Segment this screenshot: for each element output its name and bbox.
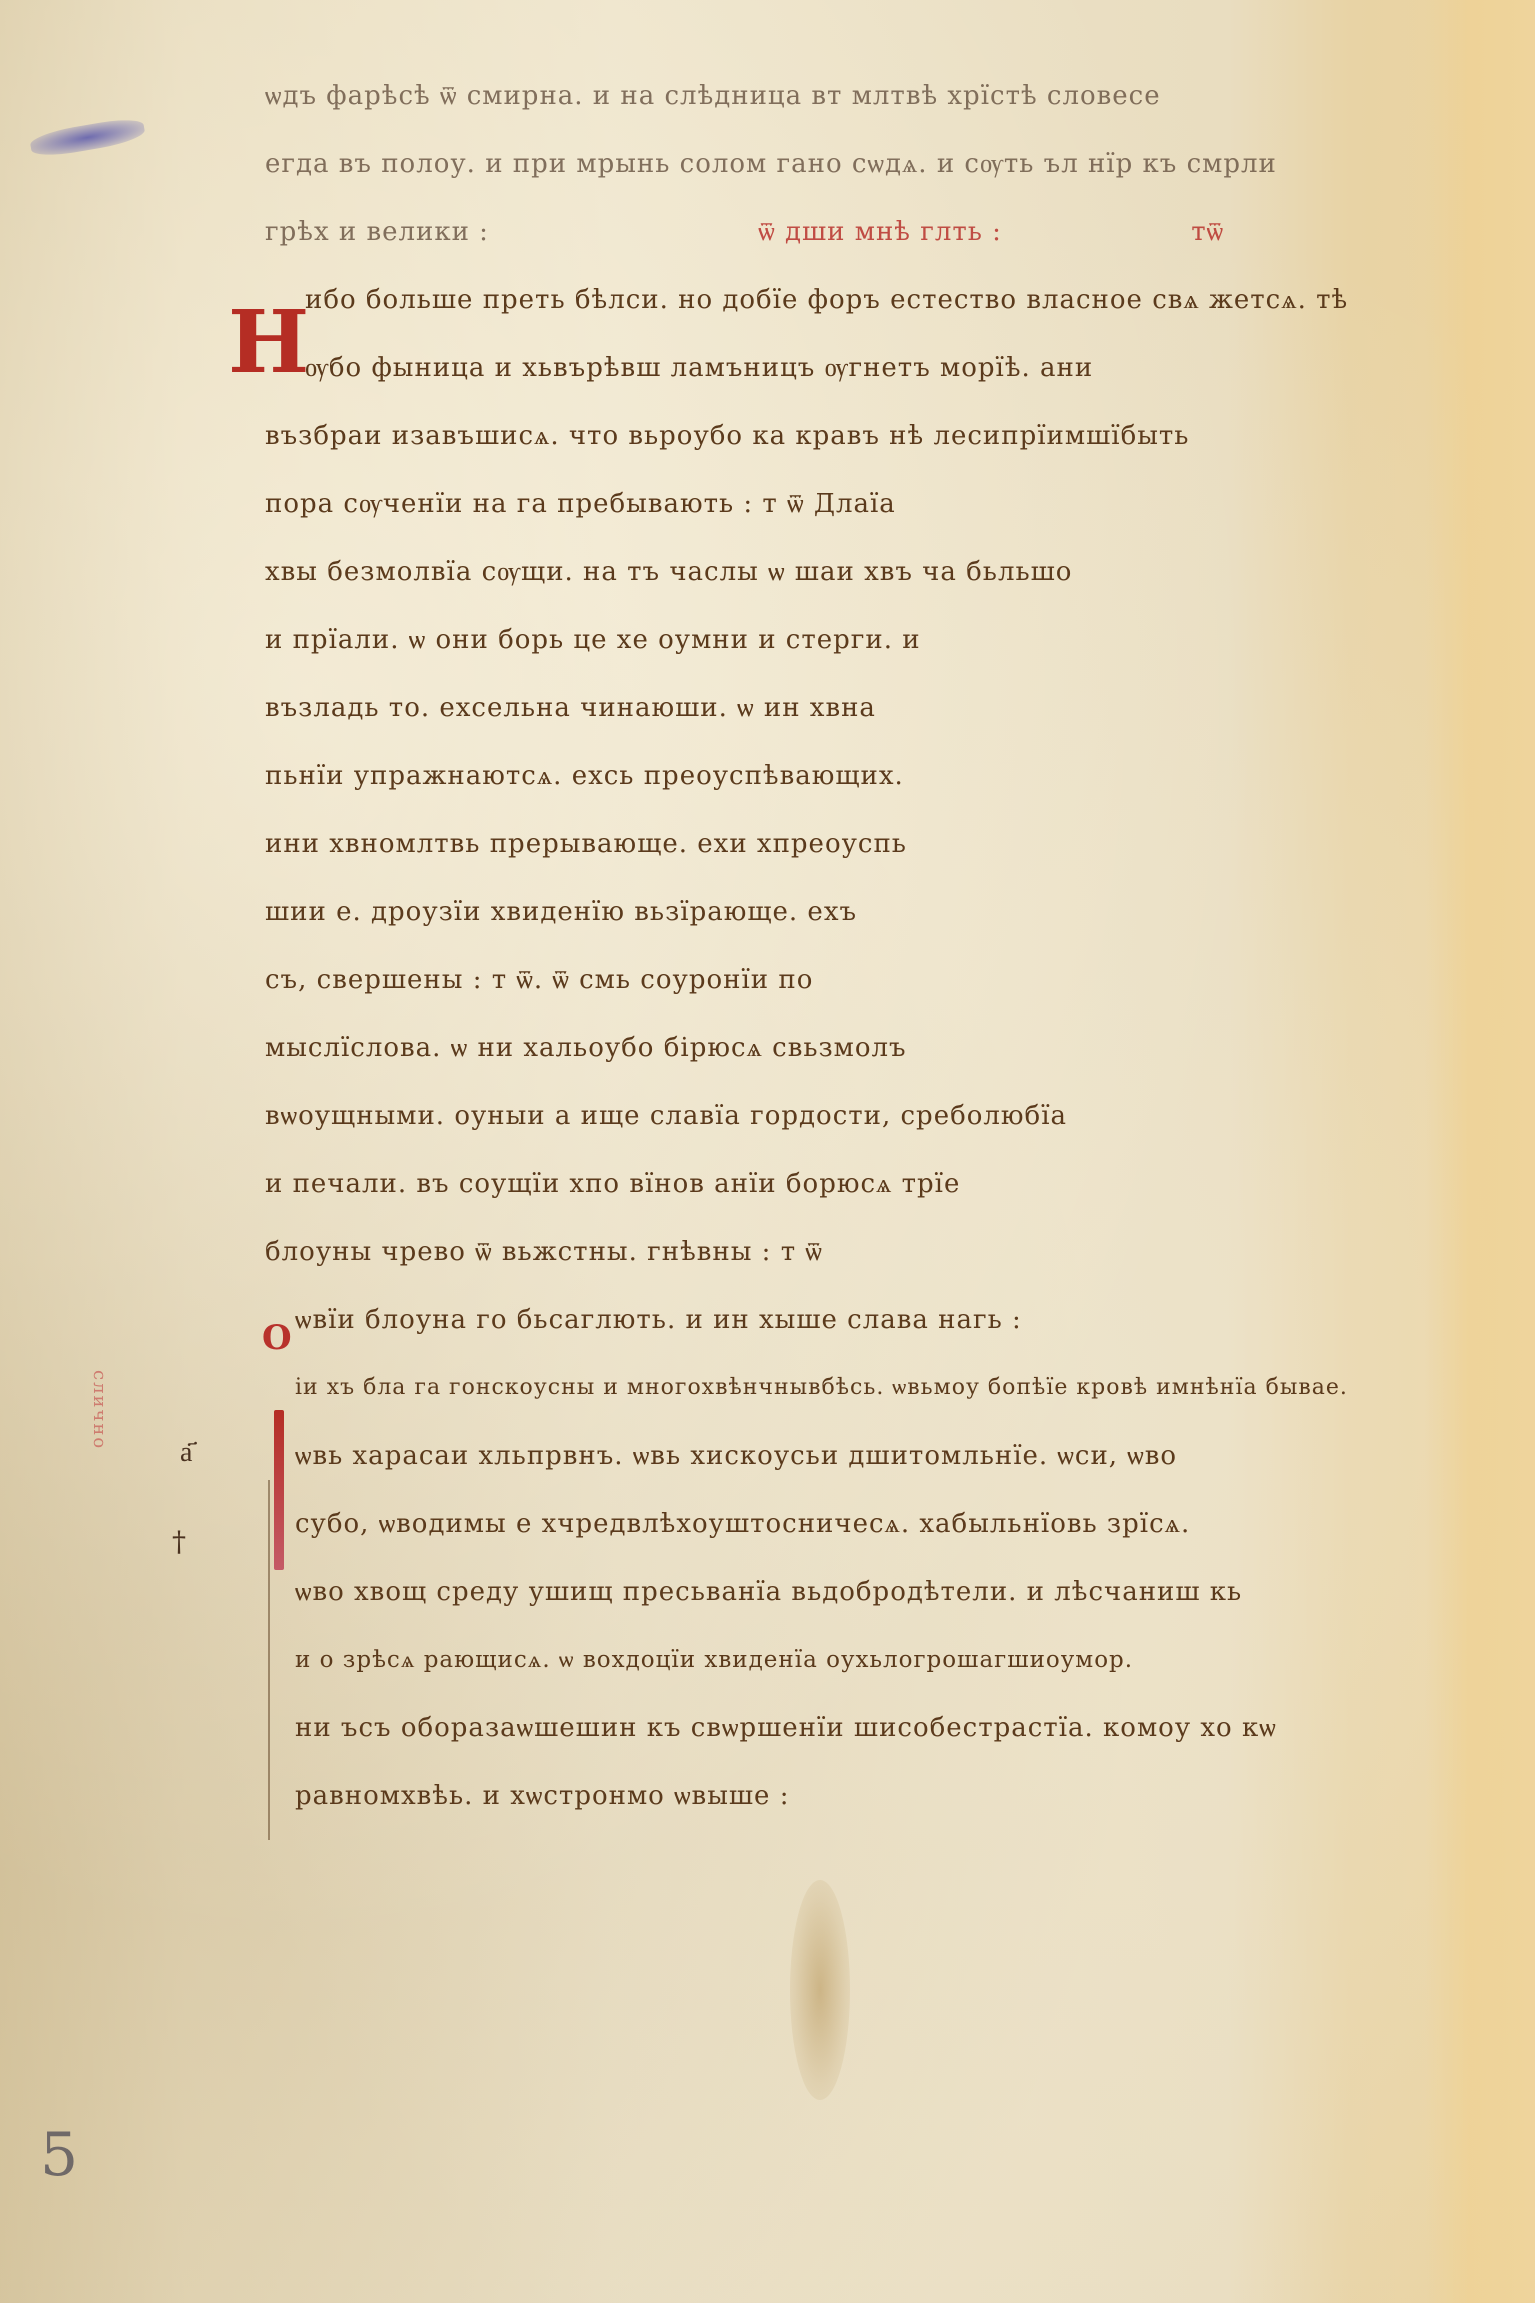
text-line: іи хъ бла га гонскоусны и многохвѣнчнывб… xyxy=(265,1354,1425,1422)
text-segment: грѣх и велики : xyxy=(265,217,489,247)
rubric-mark: тѿ xyxy=(1191,217,1224,247)
text-line: блоуны чрево ѿ вьжстны. гнѣвны : т ѿ xyxy=(265,1218,1425,1286)
text-line: и прїали. ѡ они борь це хе оумни и стерг… xyxy=(265,606,1425,674)
margin-numeral: а҃ xyxy=(180,1435,192,1469)
page-edge xyxy=(1425,0,1535,2303)
text-line: шии е. дроузїи хвиденїю вьзїрающе. ехъ xyxy=(265,878,1425,946)
text-line: мыслїслова. ѡ ни хальоубо бiрюсѧ свьзмол… xyxy=(265,1014,1425,1082)
manuscript-text: ѡдъ фарѣсѣ ѿ смирна. и на слѣдница вт мл… xyxy=(265,62,1425,1830)
text-line: егда въ полоу. и при мрынь солом гано сѡ… xyxy=(265,130,1425,198)
margin-cross-icon: † xyxy=(172,1525,186,1558)
text-line: ибо больше преть бѣлси. но добїе форъ ес… xyxy=(265,266,1425,334)
text-line: вѡоущными. оуныи а ище славїа гордости, … xyxy=(265,1082,1425,1150)
text-line: съ, свершены : т ѿ. ѿ смь соуронїи по xyxy=(265,946,1425,1014)
text-line: и печали. въ соущїи хпо вїнов анїи борюс… xyxy=(265,1150,1425,1218)
text-line: ѡдъ фарѣсѣ ѿ смирна. и на слѣдница вт мл… xyxy=(265,62,1425,130)
text-line: ни ъсъ оборазаѡшешин къ свѡршенїи шисобе… xyxy=(265,1694,1425,1762)
text-line: възладь то. ехсельна чинаюши. ѡ ин хвна xyxy=(265,674,1425,742)
text-line: субо, ѡводимы е хчредвлѣхоуштосничесѧ. х… xyxy=(265,1490,1425,1558)
rubric-heading: ѿ дши мнѣ глть : xyxy=(758,217,1002,247)
text-line: равномхвѣь. и хѡстронмо ѡвыше : xyxy=(265,1762,1425,1830)
text-line: ѡвь харасаи хльпрвнъ. ѡвь хискоусьи дшит… xyxy=(265,1422,1425,1490)
text-line: пьнїи упражнаютсѧ. ехсь преоуспѣвающих. xyxy=(265,742,1425,810)
text-line: пора сѹченїи на га пребывають : т ѿ Длаї… xyxy=(265,470,1425,538)
text-line: възбраи изавъшисѧ. что вьроубо ка кравъ … xyxy=(265,402,1425,470)
text-line: ѹбо фыница и хьвърѣвш ламъницъ ѹгнетъ мо… xyxy=(265,334,1425,402)
text-line: и о зрѣсѧ рающисѧ. ѡ вохдоцїи хвиденїа о… xyxy=(265,1626,1425,1694)
text-line: грѣх и велики : ѿ дши мнѣ глть : тѿ xyxy=(265,198,1425,266)
water-stain xyxy=(790,1880,850,2100)
text-line: ѡвїи блоуна го бьсаглють. и ин хыше слав… xyxy=(265,1286,1425,1354)
margin-red-vertical-note: слично xyxy=(88,1370,110,1450)
text-line: ини хвномлтвь прерывающе. ехи хпреоуспь xyxy=(265,810,1425,878)
text-line: ѡво хвощ среду ушищ пресьванїа вьдобродѣ… xyxy=(265,1558,1425,1626)
text-line: хвы безмолвїа сѹщи. на тъ часлы ѡ шаи хв… xyxy=(265,538,1425,606)
folio-number: 5 xyxy=(40,2120,78,2190)
